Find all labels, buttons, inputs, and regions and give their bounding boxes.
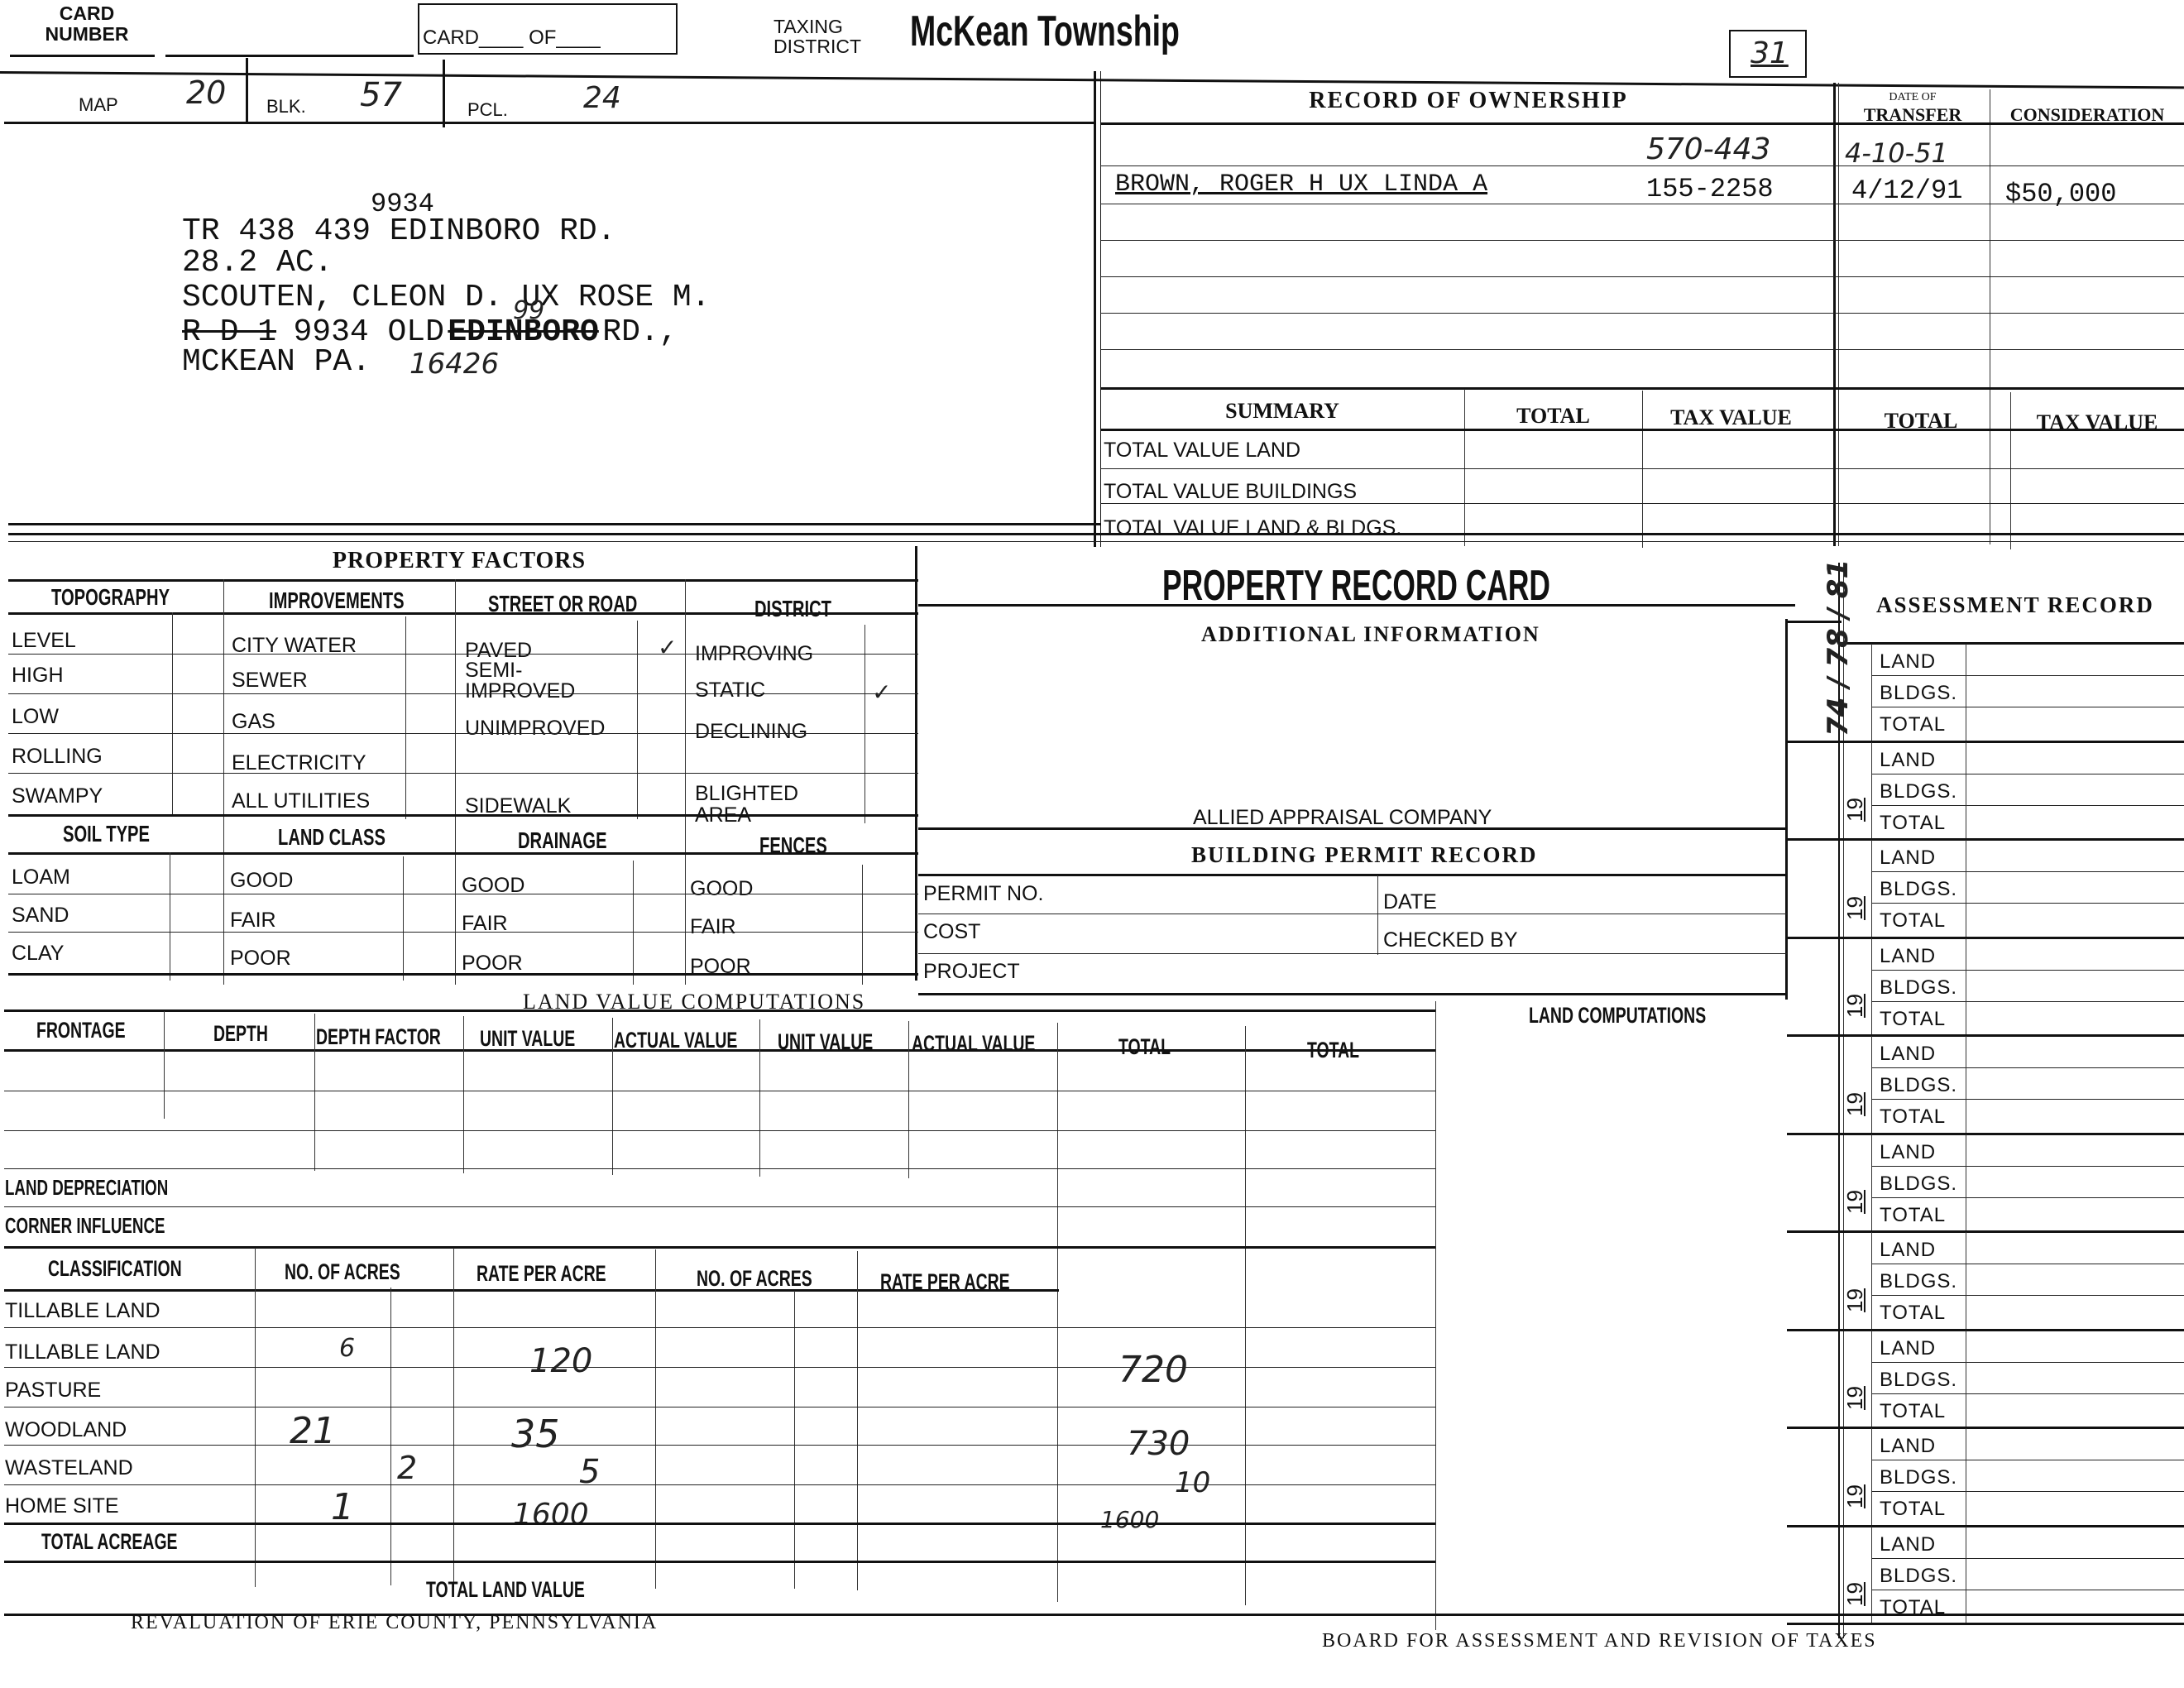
year-prefix: 19 <box>1842 798 1868 822</box>
assessment-block: LANDBLDGS.TOTAL19 <box>1842 742 2184 841</box>
topography-item: ROLLING <box>12 745 103 769</box>
description-line-5: MCKEAN PA. <box>182 344 371 380</box>
topography-item: LOW <box>12 705 59 729</box>
assessment-block: LANDBLDGS.TOTAL19 <box>1842 1527 2184 1625</box>
district-header: DISTRICT <box>754 596 831 622</box>
year-prefix: 19 <box>1842 994 1868 1018</box>
summary-title: SUMMARY <box>1100 399 1464 424</box>
summary-row-land-bldgs: TOTAL VALUE LAND & BLDGS. <box>1104 516 1401 540</box>
summary-col-tax-2: TAX VALUE <box>2010 410 2184 435</box>
improvements-item: GAS <box>232 710 275 734</box>
improvements-item: ELECTRICITY <box>232 751 366 775</box>
record-card-title: PROPERTY RECORD CARD <box>1162 561 1550 611</box>
footer-left: REVALUATION OF ERIE COUNTY, PENNSYLVANIA <box>131 1612 658 1634</box>
total-land-value-label: TOTAL LAND VALUE <box>426 1577 585 1603</box>
blk-label: BLK. <box>266 96 306 117</box>
check-mark-paved: ✓ <box>658 634 677 661</box>
summary-row-buildings: TOTAL VALUE BUILDINGS <box>1104 480 1357 504</box>
assessment-row-label: BLDGS. <box>1880 1074 1957 1097</box>
box-number: 31 <box>1729 30 1807 78</box>
assessment-row-label: TOTAL <box>1880 1498 1946 1521</box>
assessment-row-label: LAND <box>1880 945 1936 968</box>
zip-handwritten: 16426 <box>409 348 499 381</box>
taxing-district-value: McKean Township <box>910 7 1180 56</box>
drainage-item: POOR <box>462 952 523 976</box>
assessment-row-label: LAND <box>1880 650 1936 674</box>
assessment-row-label: LAND <box>1880 1337 1936 1360</box>
assessment-row-label: TOTAL <box>1880 812 1946 835</box>
assessment-row-label: TOTAL <box>1880 1008 1946 1031</box>
soil-item: LOAM <box>12 866 70 890</box>
assessment-row-label: BLDGS. <box>1880 1270 1957 1293</box>
property-factors-title: PROPERTY FACTORS <box>0 548 918 574</box>
card-of-label: CARD____ OF____ <box>423 26 601 50</box>
fences-item: GOOD <box>690 877 753 901</box>
assessment-row-label: BLDGS. <box>1880 1565 1957 1588</box>
description-insert-99: 99 <box>513 296 544 325</box>
fences-item: FAIR <box>690 915 736 939</box>
total-acreage-label: TOTAL ACREAGE <box>41 1529 178 1555</box>
improvements-item: SEWER <box>232 669 308 693</box>
corner-influence-label: CORNER INFLUENCE <box>5 1213 165 1239</box>
district-item: DECLINING <box>695 720 807 744</box>
land-class-item: POOR <box>230 947 291 971</box>
permit-project-label: PROJECT <box>923 960 1020 984</box>
land-depreciation-label: LAND DEPRECIATION <box>5 1175 168 1201</box>
year-prefix: 19 <box>1842 1386 1868 1410</box>
assessment-block: LANDBLDGS.TOTAL19 <box>1842 840 2184 938</box>
pcl-value: 24 <box>583 81 621 115</box>
assessment-row-label: BLDGS. <box>1880 1466 1957 1489</box>
map-label: MAP <box>79 94 118 116</box>
description-line-3: SCOUTEN, CLEON D. UX ROSE M. <box>182 280 711 315</box>
improvements-header: IMPROVEMENTS <box>269 587 405 614</box>
topography-item: LEVEL <box>12 629 76 653</box>
improvements-item: ALL UTILITIES <box>232 789 370 813</box>
assessment-block: LANDBLDGS.TOTAL19 <box>1842 1331 2184 1429</box>
assessment-row-label: LAND <box>1880 1435 1936 1458</box>
assessment-block: LANDBLDGS.TOTAL19 <box>1842 1428 2184 1527</box>
assessment-block: LANDBLDGS.TOTAL19 <box>1842 938 2184 1037</box>
street-item: SEMI- IMPROVED <box>465 660 575 702</box>
assessment-row-label: LAND <box>1880 1043 1936 1066</box>
blk-value: 57 <box>360 76 402 114</box>
date-of-label: DATE OF <box>1838 91 1987 104</box>
assessment-row-label: BLDGS. <box>1880 878 1957 901</box>
assessment-row-label: TOTAL <box>1880 1105 1946 1129</box>
assessment-block: LANDBLDGS.TOTAL19 <box>1842 1134 2184 1233</box>
assessment-block: LANDBLDGS.TOTAL19 <box>1842 1036 2184 1134</box>
soil-header: SOIL TYPE <box>63 821 150 847</box>
land-class-item: FAIR <box>230 909 276 933</box>
assessment-row-label: LAND <box>1880 1533 1936 1556</box>
assessment-row-label: TOTAL <box>1880 1204 1946 1227</box>
fences-header: FENCES <box>759 832 827 859</box>
taxing-district-label: TAXING DISTRICT <box>773 17 861 56</box>
assessment-row-label: TOTAL <box>1880 1400 1946 1423</box>
check-mark-static: ✓ <box>872 679 891 706</box>
soil-item: SAND <box>12 904 69 928</box>
description-line-1: TR 438 439 EDINBORO RD. <box>182 213 616 249</box>
assessment-row-label: TOTAL <box>1880 1302 1946 1325</box>
soil-item: CLAY <box>12 942 64 966</box>
year-prefix: 19 <box>1842 1582 1868 1606</box>
year-prefix: 19 <box>1842 1288 1868 1312</box>
year-prefix: 19 <box>1842 1190 1868 1214</box>
topography-item: HIGH <box>12 664 64 688</box>
district-item: BLIGHTED AREA <box>695 783 798 826</box>
district-item: STATIC <box>695 679 765 703</box>
card-number-label: CARD NUMBER <box>33 3 141 45</box>
topography-item: SWAMPY <box>12 784 103 808</box>
appraisal-company: ALLIED APPRAISAL COMPANY <box>1193 806 1492 830</box>
year-prefix: 19 <box>1842 896 1868 920</box>
topography-header: TOPOGRAPHY <box>51 584 170 611</box>
assessment-row-label: TOTAL <box>1880 909 1946 933</box>
pcl-label: PCL. <box>467 99 508 121</box>
assessment-block: LANDBLDGS.TOTAL <box>1842 644 2184 742</box>
assessment-row-label: BLDGS. <box>1880 780 1957 803</box>
permit-cost-label: COST <box>923 920 980 944</box>
description-line-2: 28.2 AC. <box>182 245 333 281</box>
land-class-item: GOOD <box>230 869 293 893</box>
drainage-header: DRAINAGE <box>518 827 607 854</box>
map-value: 20 <box>186 74 226 111</box>
summary-col-total: TOTAL <box>1464 404 1642 429</box>
land-computations-title: LAND COMPUTATIONS <box>1529 1003 1706 1029</box>
assessment-row-label: LAND <box>1880 846 1936 870</box>
ownership-title: RECORD OF OWNERSHIP <box>1104 88 1832 114</box>
summary-col-tax: TAX VALUE <box>1642 405 1820 430</box>
assessment-row-label: BLDGS. <box>1880 1172 1957 1196</box>
assessment-row-label: TOTAL <box>1880 713 1946 736</box>
building-permit-title: BUILDING PERMIT RECORD <box>1191 842 1538 868</box>
assessment-row-label: LAND <box>1880 1141 1936 1164</box>
footer-right: BOARD FOR ASSESSMENT AND REVISION OF TAX… <box>1322 1630 1877 1652</box>
assessment-row-label: LAND <box>1880 749 1936 772</box>
street-item: UNIMPROVED <box>465 717 605 741</box>
card-of-box: CARD____ OF____ <box>418 3 678 55</box>
assessment-block: LANDBLDGS.TOTAL19 <box>1842 1232 2184 1331</box>
year-prefix: 19 <box>1842 1484 1868 1508</box>
summary-row-land: TOTAL VALUE LAND <box>1104 439 1300 463</box>
permit-date-label: DATE <box>1383 890 1437 914</box>
additional-info-title: ADDITIONAL INFORMATION <box>1201 622 1540 647</box>
permit-no-label: PERMIT NO. <box>923 882 1043 906</box>
assessment-row-label: LAND <box>1880 1239 1936 1262</box>
land-class-header: LAND CLASS <box>278 824 386 851</box>
year-prefix: 19 <box>1842 1092 1868 1116</box>
assessment-row-label: BLDGS. <box>1880 976 1957 1000</box>
checked-by-label: CHECKED BY <box>1383 928 1518 952</box>
assessment-title: ASSESSMENT RECORD <box>1876 592 2154 618</box>
assessment-row-label: BLDGS. <box>1880 1369 1957 1392</box>
assessment-row-label: BLDGS. <box>1880 682 1957 705</box>
